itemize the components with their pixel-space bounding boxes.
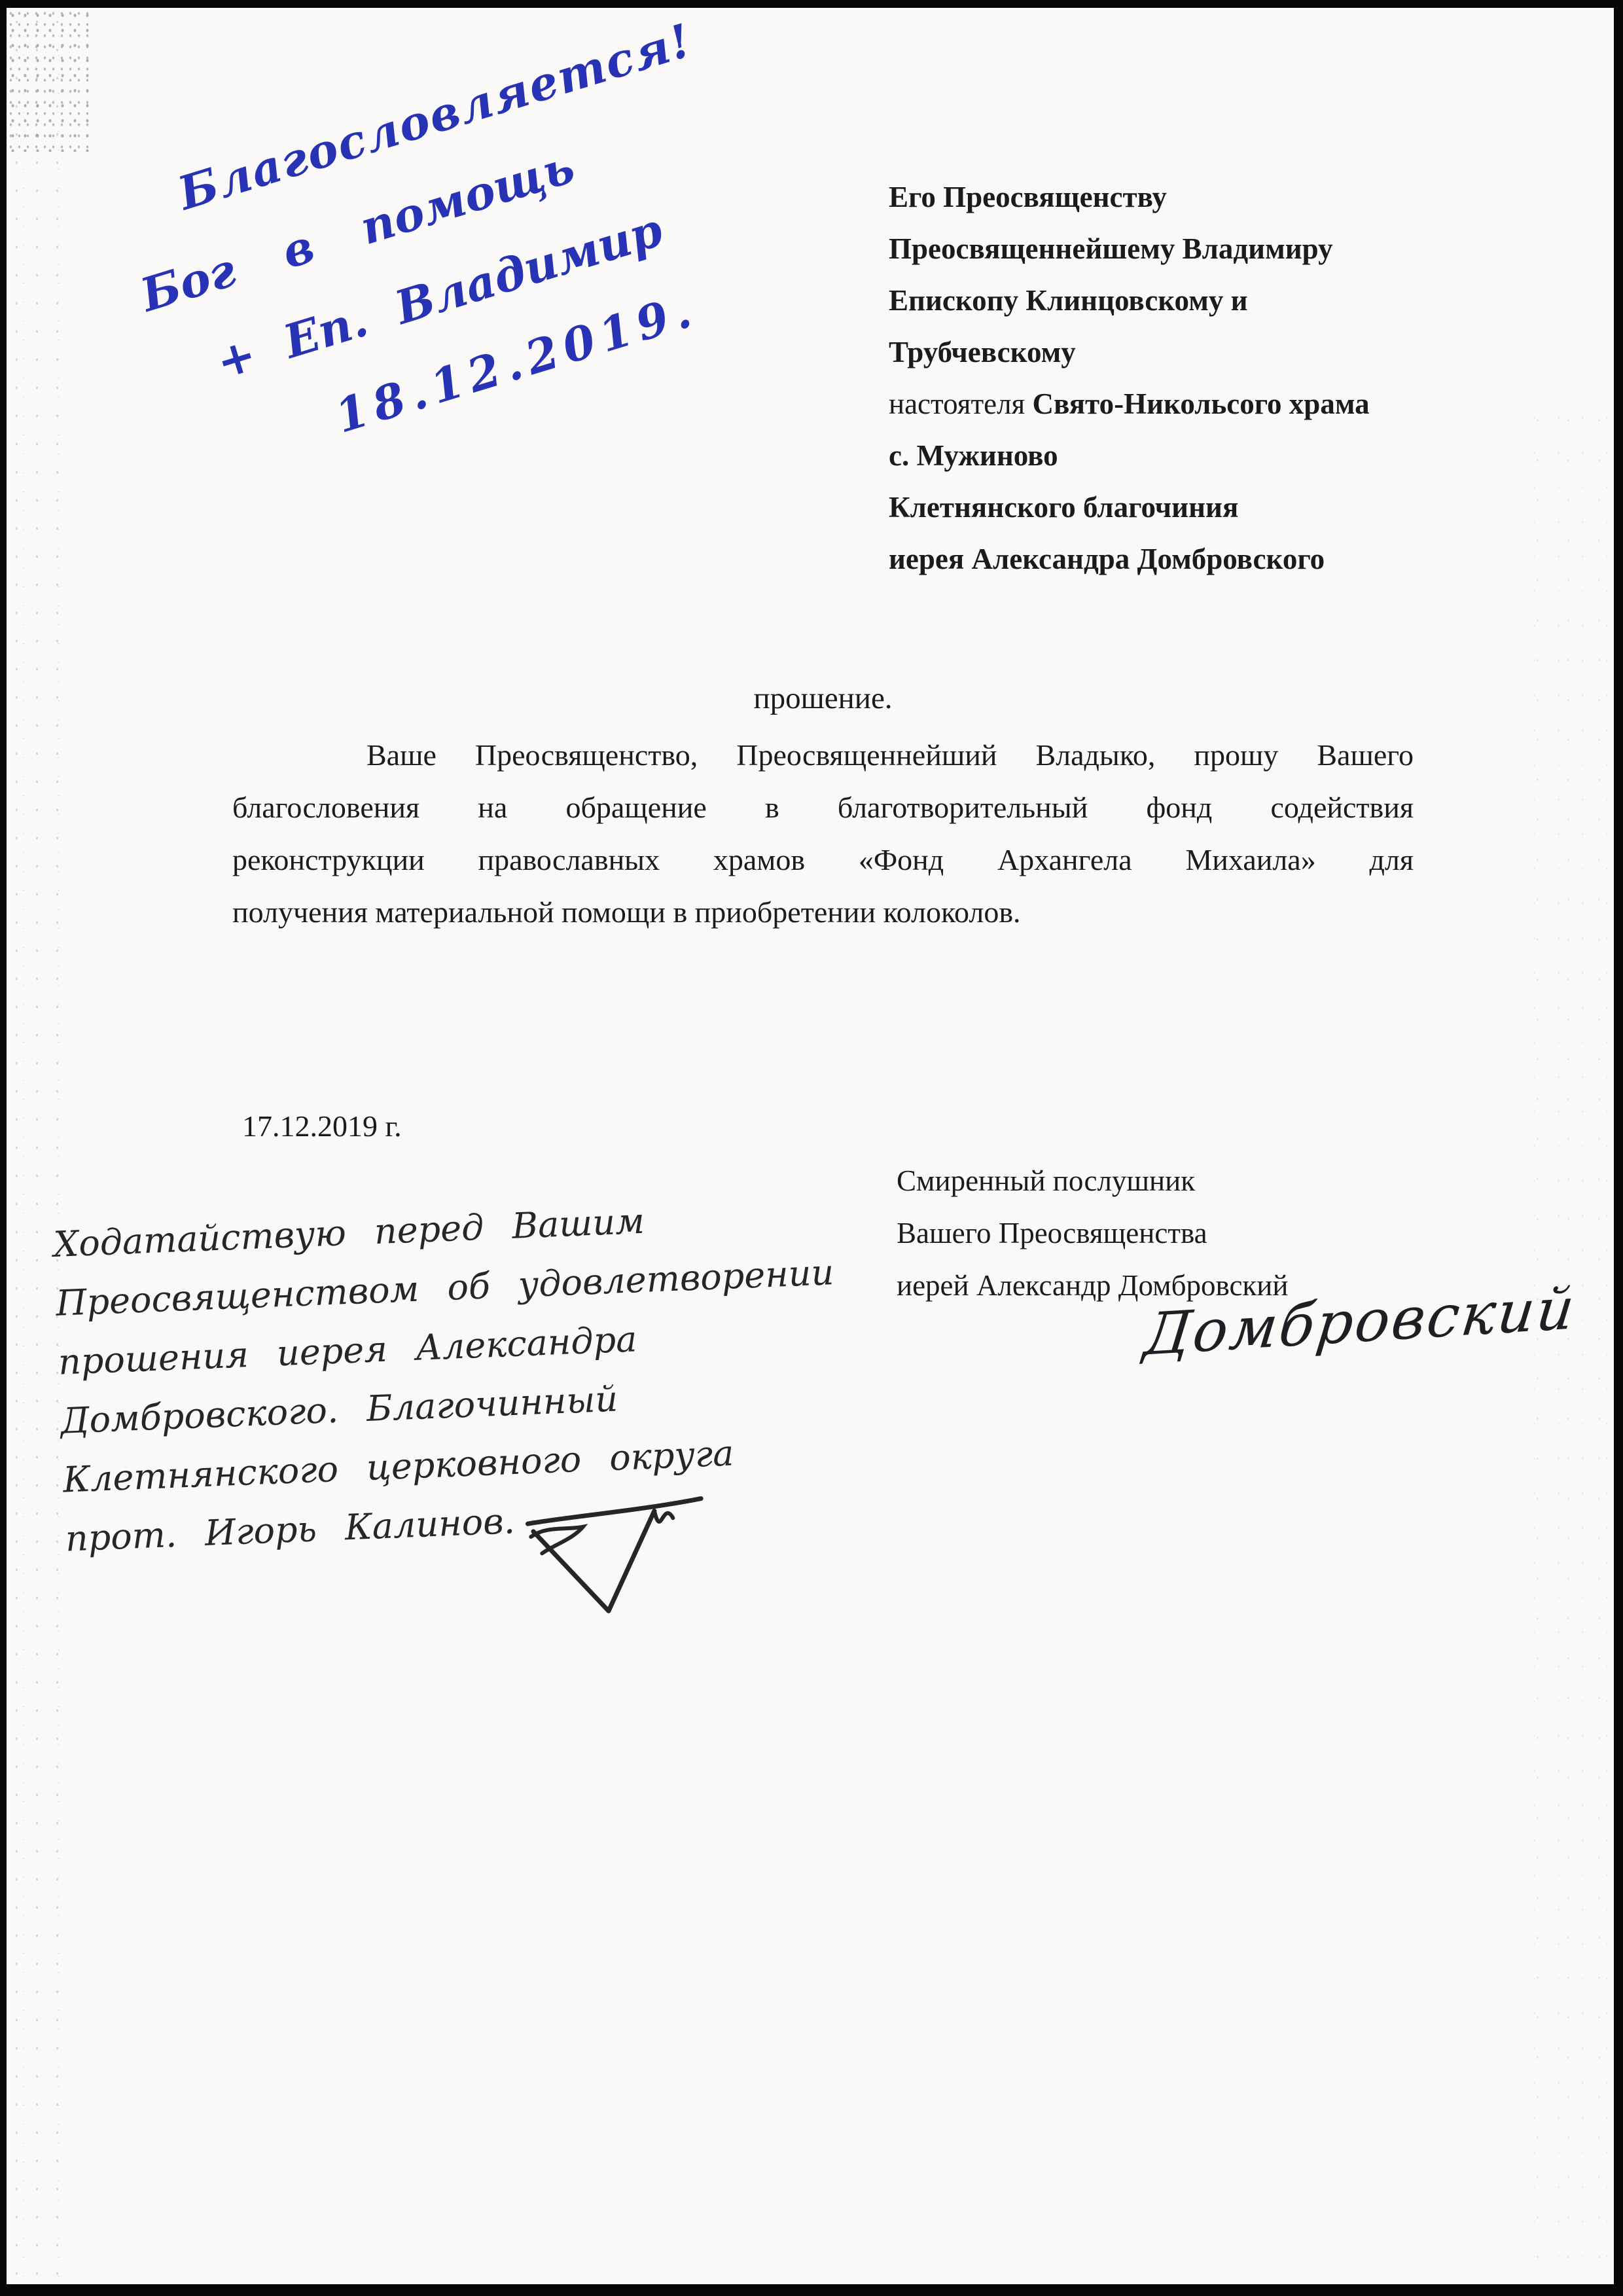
closing-line: Вашего Преосвященства — [897, 1207, 1288, 1259]
addressee-block: Его Преосвященству Преосвященнейшему Вла… — [889, 171, 1596, 585]
dean-resolution-note: Ходатайствую перед Вашим Преосвященством… — [52, 1183, 887, 1649]
addressee-line: с. Мужиново — [889, 430, 1596, 482]
scan-noise-corner — [7, 8, 92, 152]
petition-body-line: Ваше Преосвященство, Преосвященнейший Вл… — [232, 729, 1414, 781]
addressee-line: Клетнянского благочиния — [889, 482, 1596, 533]
petition-body-line: получения материальной помощи в приобрет… — [232, 886, 1414, 939]
petition-heading: прошение. — [232, 681, 1414, 716]
petition-body-line: реконструкции православных храмов «Фонд … — [232, 834, 1414, 886]
closing-block: Смиренный послушник Вашего Преосвященств… — [897, 1155, 1288, 1312]
addressee-line-part: настоятеля — [889, 387, 1033, 420]
addressee-line: иерея Александра Домбровского — [889, 533, 1596, 585]
resolution-line-text: прот. Игорь Калинов. — [65, 1500, 516, 1560]
dean-signature-flourish-icon — [525, 1478, 727, 1630]
addressee-line: Епископу Клинцовскому и — [889, 275, 1596, 327]
addressee-line: настоятеля Свято-Никольсого храма — [889, 378, 1596, 430]
petition-body: Ваше Преосвященство, Преосвященнейший Вл… — [232, 729, 1414, 939]
petition-date: 17.12.2019 г. — [242, 1109, 402, 1143]
addressee-line: Преосвященнейшему Владимиру — [889, 223, 1596, 275]
petition-body-line: благословения на обращение в благотворит… — [232, 781, 1414, 834]
scan-noise-left — [7, 8, 65, 2284]
addressee-line: Трубчевскому — [889, 327, 1596, 378]
bishop-blessing-note: Благословляется! Бог в помощь + Еп. Влад… — [105, 8, 779, 503]
addressee-line-part: Свято-Никольсого храма — [1033, 387, 1370, 420]
closing-line: Смиренный послушник — [897, 1155, 1288, 1207]
addressee-line: Его Преосвященству — [889, 171, 1596, 223]
scanned-document: Благословляется! Бог в помощь + Еп. Влад… — [0, 0, 1623, 2296]
document-page: Благословляется! Бог в помощь + Еп. Влад… — [7, 8, 1614, 2284]
